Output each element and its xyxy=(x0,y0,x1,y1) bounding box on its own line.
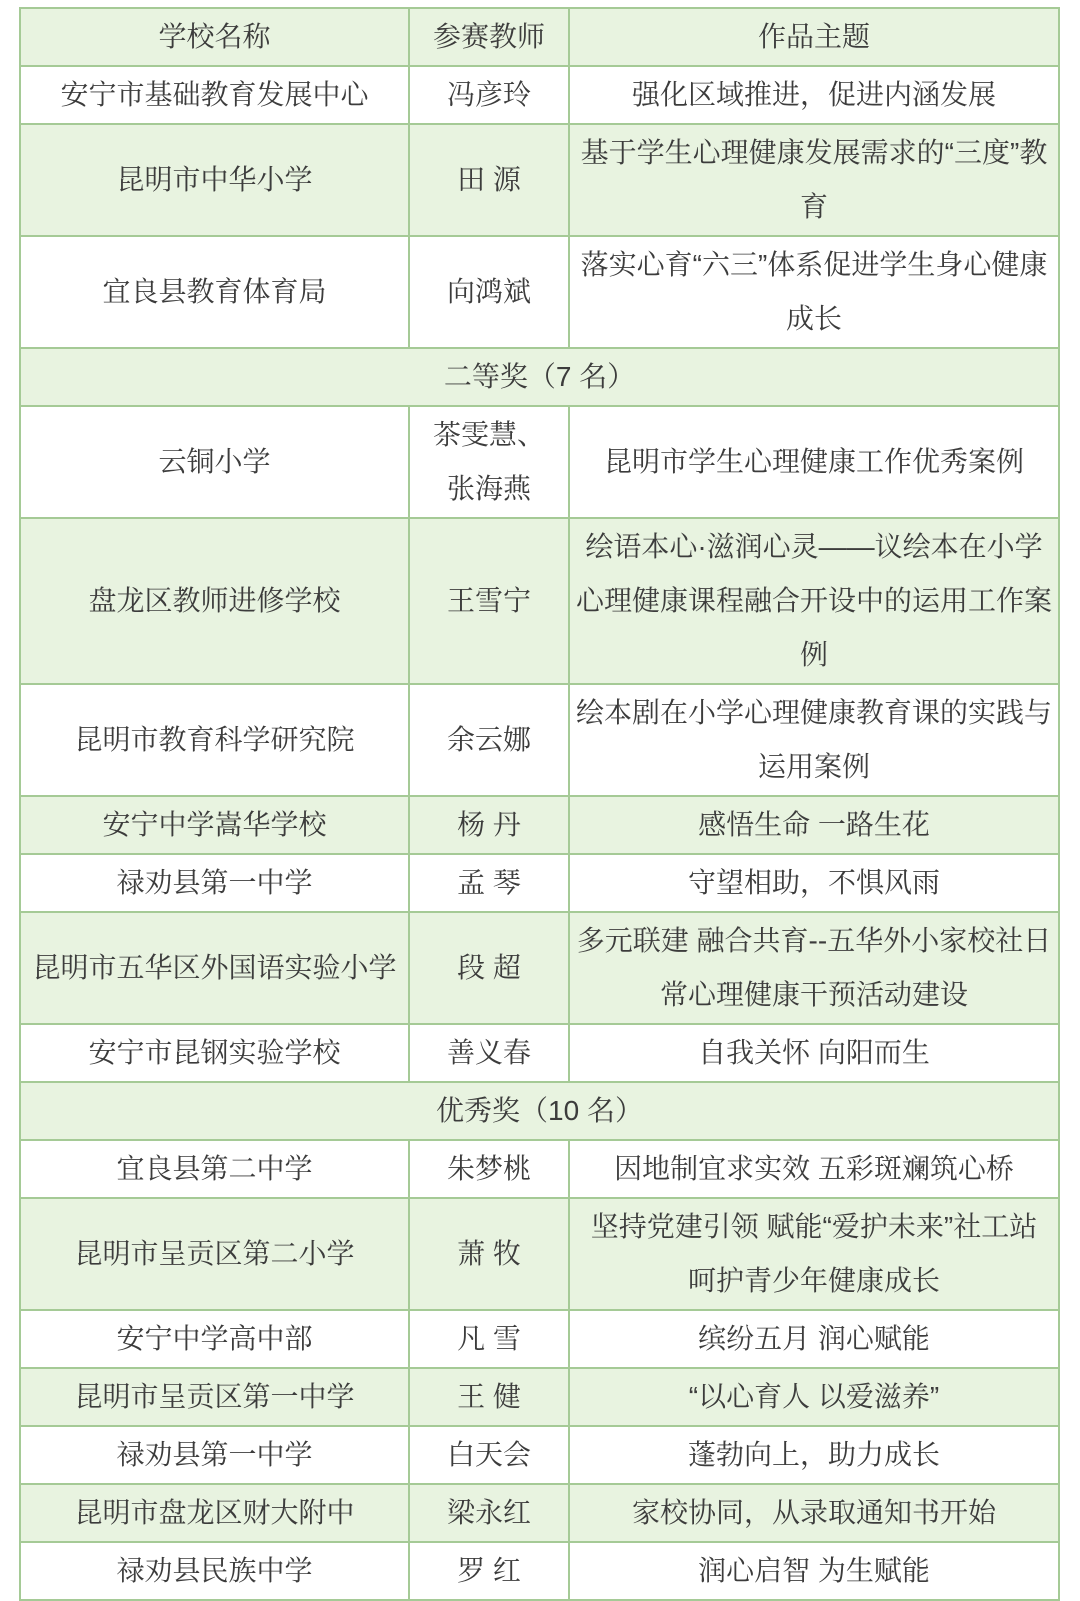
header-row: 学校名称 参赛教师 作品主题 xyxy=(20,8,1059,66)
theme-cell: 感悟生命 一路生花 xyxy=(569,796,1059,854)
theme-cell: “以心育人 以爱滋养” xyxy=(569,1368,1059,1426)
school-cell: 禄劝县第一中学 xyxy=(20,854,409,912)
school-cell: 昆明市呈贡区第一中学 xyxy=(20,1368,409,1426)
school-cell: 昆明市五华区外国语实验小学 xyxy=(20,912,409,1024)
teacher-cell: 梁永红 xyxy=(409,1484,569,1542)
teacher-cell: 向鸿斌 xyxy=(409,236,569,348)
table-row: 禄劝县民族中学罗 红润心启智 为生赋能 xyxy=(20,1542,1059,1600)
theme-cell: 家校协同，从录取通知书开始 xyxy=(569,1484,1059,1542)
header-school: 学校名称 xyxy=(20,8,409,66)
school-cell: 安宁市昆钢实验学校 xyxy=(20,1024,409,1082)
school-cell: 昆明市盘龙区财大附中 xyxy=(20,1484,409,1542)
table-row: 安宁市昆钢实验学校善义春自我关怀 向阳而生 xyxy=(20,1024,1059,1082)
table-row: 昆明市呈贡区第一中学王 健“以心育人 以爱滋养” xyxy=(20,1368,1059,1426)
school-cell: 昆明市教育科学研究院 xyxy=(20,684,409,796)
theme-cell: 落实心育“六三”体系促进学生身心健康成长 xyxy=(569,236,1059,348)
teacher-cell: 杨 丹 xyxy=(409,796,569,854)
school-cell: 昆明市中华小学 xyxy=(20,124,409,236)
header-theme: 作品主题 xyxy=(569,8,1059,66)
teacher-cell: 王雪宁 xyxy=(409,518,569,684)
table-row: 安宁市基础教育发展中心冯彦玲强化区域推进，促进内涵发展 xyxy=(20,66,1059,124)
theme-cell: 坚持党建引领 赋能“爱护未来”社工站 呵护青少年健康成长 xyxy=(569,1198,1059,1310)
theme-cell: 绘本剧在小学心理健康教育课的实践与运用案例 xyxy=(569,684,1059,796)
table-row: 昆明市五华区外国语实验小学段 超多元联建 融合共育--五华外小家校社日常心理健康… xyxy=(20,912,1059,1024)
teacher-cell: 余云娜 xyxy=(409,684,569,796)
theme-cell: 强化区域推进，促进内涵发展 xyxy=(569,66,1059,124)
school-cell: 云铜小学 xyxy=(20,406,409,518)
school-cell: 宜良县教育体育局 xyxy=(20,236,409,348)
theme-cell: 绘语本心·滋润心灵——议绘本在小学心理健康课程融合开设中的运用工作案例 xyxy=(569,518,1059,684)
theme-cell: 守望相助，不惧风雨 xyxy=(569,854,1059,912)
section-label: 二等奖（7 名） xyxy=(20,348,1059,406)
theme-cell: 因地制宜求实效 五彩斑斓筑心桥 xyxy=(569,1140,1059,1198)
school-cell: 盘龙区教师进修学校 xyxy=(20,518,409,684)
teacher-cell: 罗 红 xyxy=(409,1542,569,1600)
teacher-cell: 凡 雪 xyxy=(409,1310,569,1368)
theme-cell: 润心启智 为生赋能 xyxy=(569,1542,1059,1600)
theme-cell: 基于学生心理健康发展需求的“三度”教育 xyxy=(569,124,1059,236)
teacher-cell: 茶雯慧、 张海燕 xyxy=(409,406,569,518)
school-cell: 宜良县第二中学 xyxy=(20,1140,409,1198)
table-body: 安宁市基础教育发展中心冯彦玲强化区域推进，促进内涵发展昆明市中华小学田 源基于学… xyxy=(20,66,1059,1600)
teacher-cell: 朱梦桃 xyxy=(409,1140,569,1198)
table-row: 昆明市教育科学研究院余云娜绘本剧在小学心理健康教育课的实践与运用案例 xyxy=(20,684,1059,796)
theme-cell: 自我关怀 向阳而生 xyxy=(569,1024,1059,1082)
theme-cell: 昆明市学生心理健康工作优秀案例 xyxy=(569,406,1059,518)
section-row: 优秀奖（10 名） xyxy=(20,1082,1059,1140)
table-row: 禄劝县第一中学孟 琴守望相助，不惧风雨 xyxy=(20,854,1059,912)
teacher-cell: 孟 琴 xyxy=(409,854,569,912)
table-row: 安宁中学高中部凡 雪缤纷五月 润心赋能 xyxy=(20,1310,1059,1368)
school-cell: 安宁中学嵩华学校 xyxy=(20,796,409,854)
table-row: 云铜小学茶雯慧、 张海燕昆明市学生心理健康工作优秀案例 xyxy=(20,406,1059,518)
theme-cell: 缤纷五月 润心赋能 xyxy=(569,1310,1059,1368)
theme-cell: 多元联建 融合共育--五华外小家校社日常心理健康干预活动建设 xyxy=(569,912,1059,1024)
theme-cell: 蓬勃向上，助力成长 xyxy=(569,1426,1059,1484)
teacher-cell: 段 超 xyxy=(409,912,569,1024)
table-row: 禄劝县第一中学白天会蓬勃向上，助力成长 xyxy=(20,1426,1059,1484)
table-row: 安宁中学嵩华学校杨 丹感悟生命 一路生花 xyxy=(20,796,1059,854)
school-cell: 安宁市基础教育发展中心 xyxy=(20,66,409,124)
table-row: 昆明市中华小学田 源基于学生心理健康发展需求的“三度”教育 xyxy=(20,124,1059,236)
teacher-cell: 善义春 xyxy=(409,1024,569,1082)
table-row: 昆明市盘龙区财大附中梁永红家校协同，从录取通知书开始 xyxy=(20,1484,1059,1542)
school-cell: 昆明市呈贡区第二小学 xyxy=(20,1198,409,1310)
school-cell: 禄劝县第一中学 xyxy=(20,1426,409,1484)
teacher-cell: 萧 牧 xyxy=(409,1198,569,1310)
table-row: 昆明市呈贡区第二小学萧 牧坚持党建引领 赋能“爱护未来”社工站 呵护青少年健康成… xyxy=(20,1198,1059,1310)
teacher-cell: 王 健 xyxy=(409,1368,569,1426)
teacher-cell: 冯彦玲 xyxy=(409,66,569,124)
header-teacher: 参赛教师 xyxy=(409,8,569,66)
table-row: 盘龙区教师进修学校王雪宁绘语本心·滋润心灵——议绘本在小学心理健康课程融合开设中… xyxy=(20,518,1059,684)
school-cell: 安宁中学高中部 xyxy=(20,1310,409,1368)
award-table-container: 学校名称 参赛教师 作品主题 安宁市基础教育发展中心冯彦玲强化区域推进，促进内涵… xyxy=(0,0,1080,1601)
section-label: 优秀奖（10 名） xyxy=(20,1082,1059,1140)
table-row: 宜良县第二中学朱梦桃因地制宜求实效 五彩斑斓筑心桥 xyxy=(20,1140,1059,1198)
teacher-cell: 白天会 xyxy=(409,1426,569,1484)
table-row: 宜良县教育体育局向鸿斌落实心育“六三”体系促进学生身心健康成长 xyxy=(20,236,1059,348)
section-row: 二等奖（7 名） xyxy=(20,348,1059,406)
school-cell: 禄劝县民族中学 xyxy=(20,1542,409,1600)
teacher-cell: 田 源 xyxy=(409,124,569,236)
award-table: 学校名称 参赛教师 作品主题 安宁市基础教育发展中心冯彦玲强化区域推进，促进内涵… xyxy=(19,7,1060,1601)
